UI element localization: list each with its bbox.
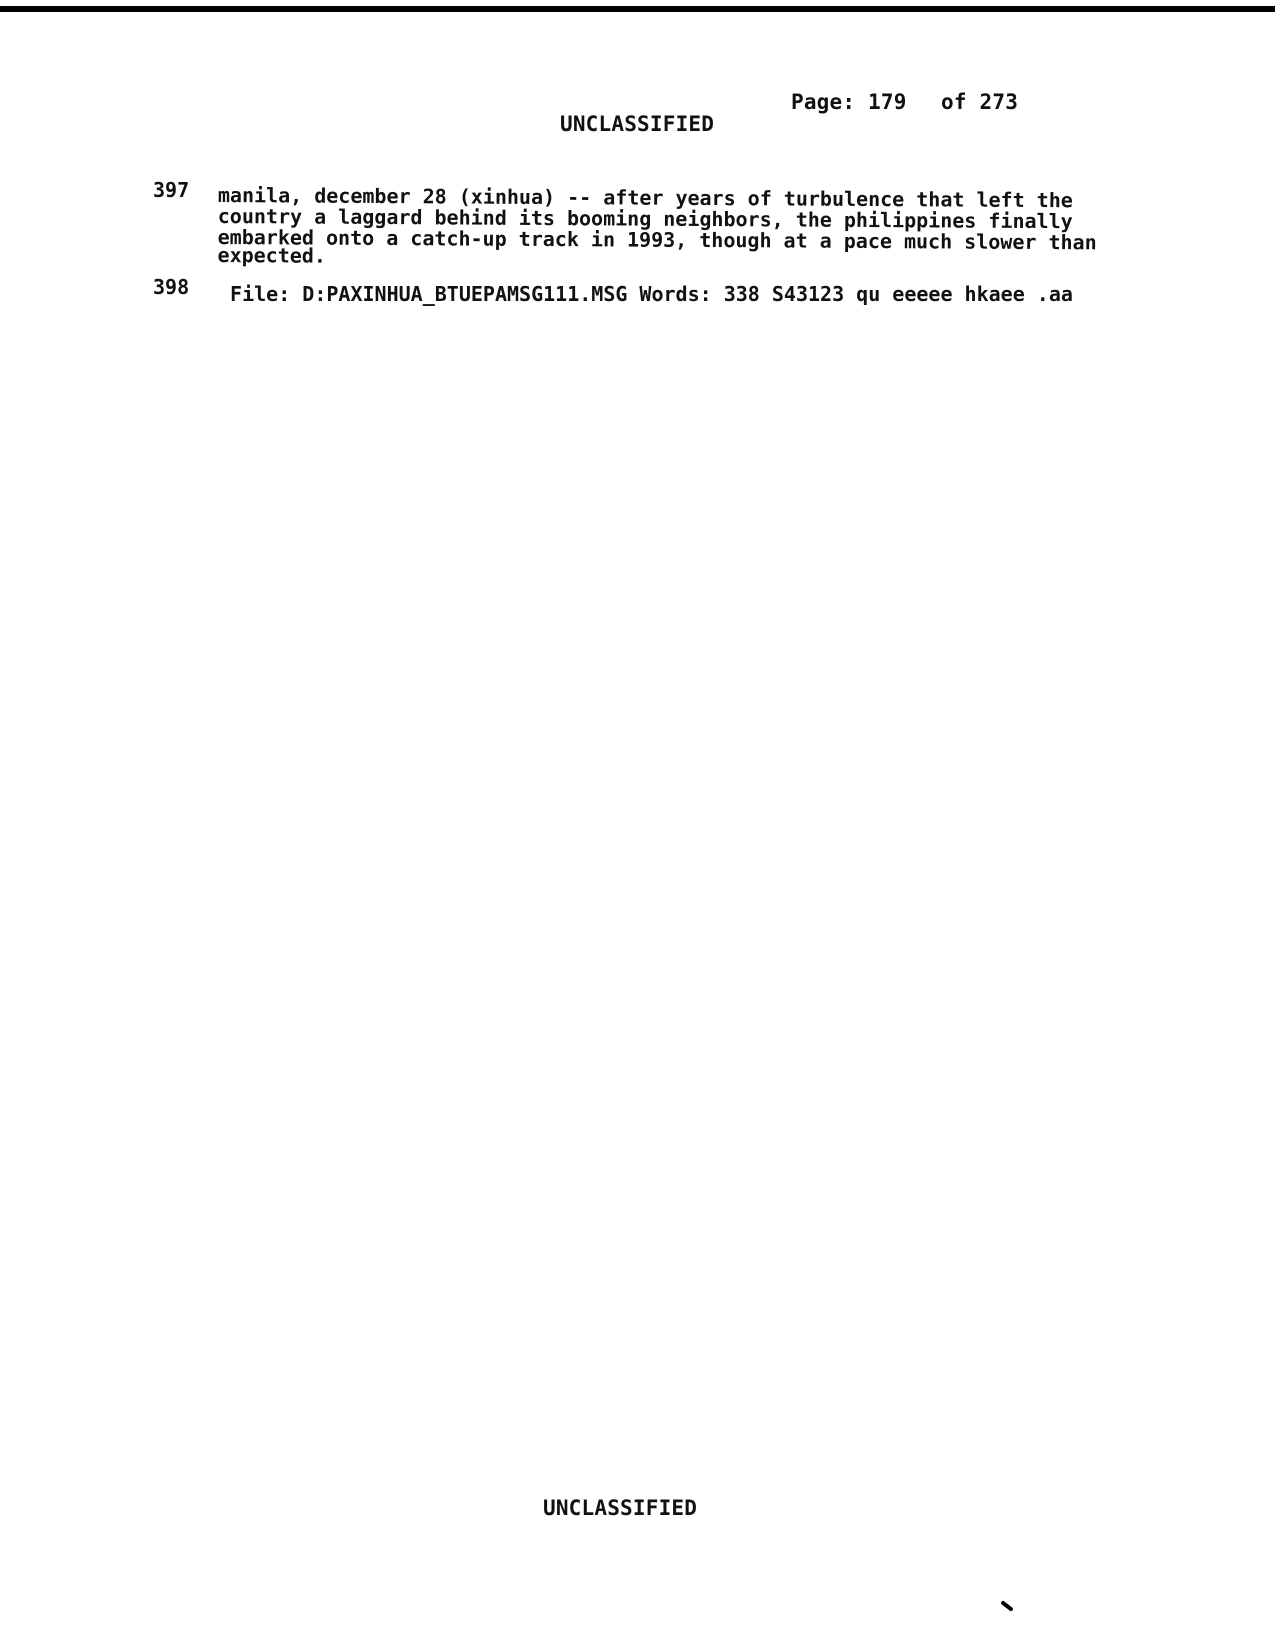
line-number: 397 [153, 178, 189, 202]
entry-text: manila, december 28 (xinhua) -- after ye… [217, 184, 1096, 272]
line-number: 398 [153, 275, 189, 299]
footer-classification: UNCLASSIFIED [543, 1496, 697, 1520]
header-classification: UNCLASSIFIED [560, 112, 714, 136]
top-border-rule [0, 6, 1275, 12]
file-info-text: File: D:PAXINHUA_BTUEPAMSG111.MSG Words:… [218, 283, 1073, 306]
page-total: of 273 [941, 90, 1018, 114]
stray-pen-mark [1000, 1600, 1013, 1612]
page-number: Page: 179 [791, 90, 907, 114]
